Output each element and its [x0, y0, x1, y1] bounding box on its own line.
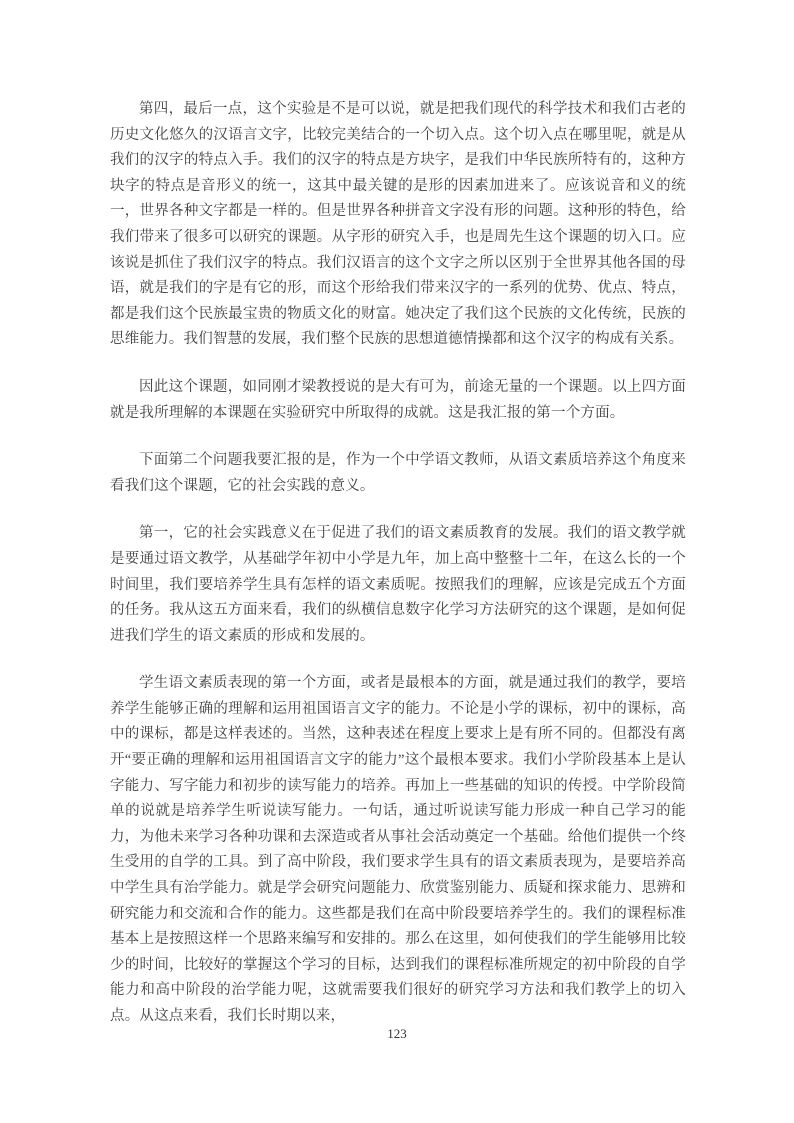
paragraph-4: 第一，它的社会实践意义在于促进了我们的语文素质教育的发展。我们的语文教学就是要通… — [110, 521, 686, 649]
document-page: 第四，最后一点，这个实验是不是可以说，就是把我们现代的科学技术和我们古老的历史文… — [0, 0, 794, 1123]
paragraph-1: 第四，最后一点，这个实验是不是可以说，就是把我们现代的科学技术和我们古老的历史文… — [110, 97, 686, 353]
page-body-text: 第四，最后一点，这个实验是不是可以说，就是把我们现代的科学技术和我们古老的历史文… — [110, 97, 686, 1052]
paragraph-2: 因此这个课题，如同刚才梁教授说的是大有可为，前途无量的一个课题。以上四方面就是我… — [110, 375, 686, 426]
page-number: 123 — [0, 1026, 794, 1042]
paragraph-5: 学生语文素质表现的第一个方面，或者是最根本的方面，就是通过我们的教学，要培养学生… — [110, 671, 686, 1029]
paragraph-3: 下面第二个问题我要汇报的是，作为一个中学语文教师，从语文素质培养这个角度来看我们… — [110, 448, 686, 499]
